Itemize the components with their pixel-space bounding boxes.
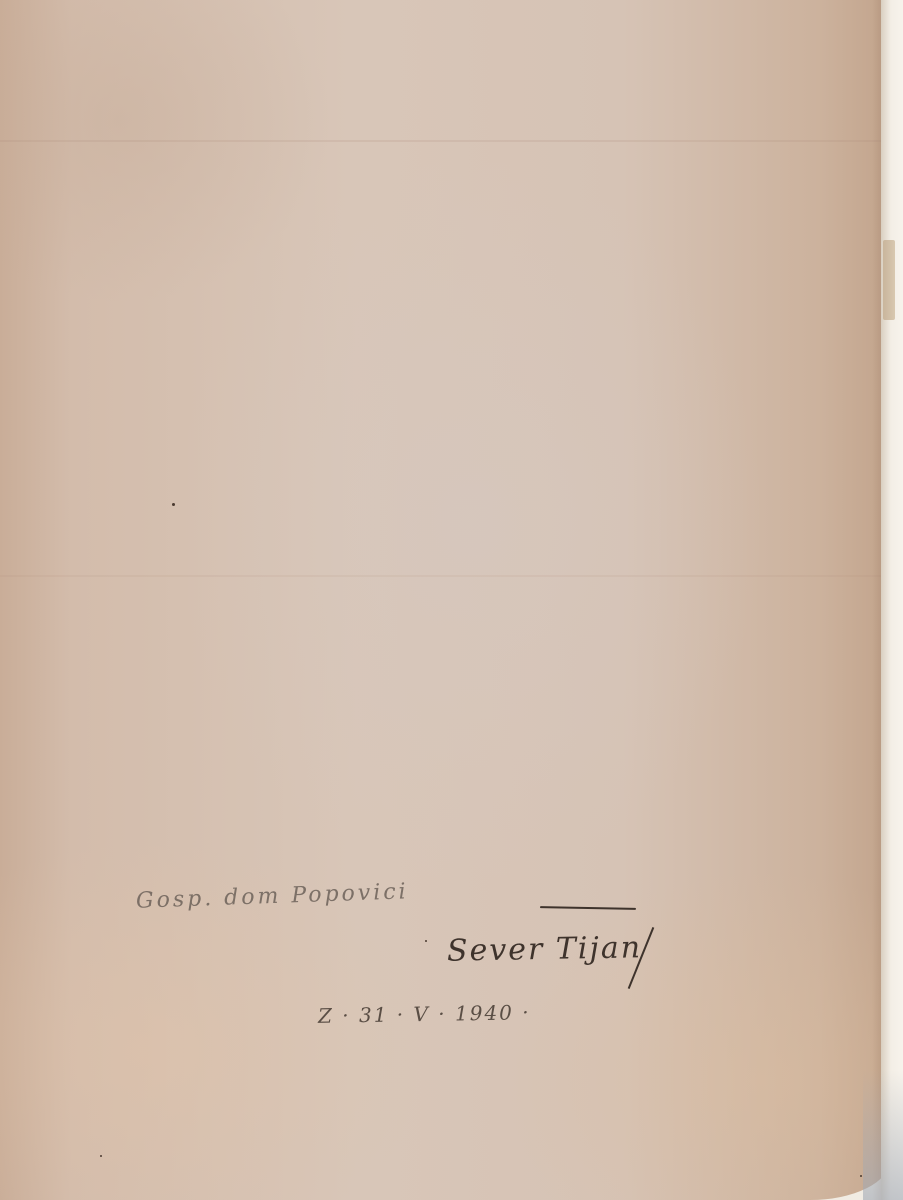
paper-crease [0,140,890,142]
paper-speck [860,1175,862,1177]
handwritten-signature: Sever Tijan [447,930,643,968]
paper-speck [425,940,427,942]
handwritten-date: Z · 31 · V · 1940 · [318,1000,531,1028]
scanned-page: Gosp. dom Popovici Sever Tijan Z · 31 · … [0,0,903,1200]
corner-shadow [863,1070,903,1200]
book-block-edge [881,0,903,1200]
paper-speck [172,503,175,506]
paper-speck [100,1155,102,1157]
page-tab [883,240,895,320]
paper-crease [0,575,890,577]
